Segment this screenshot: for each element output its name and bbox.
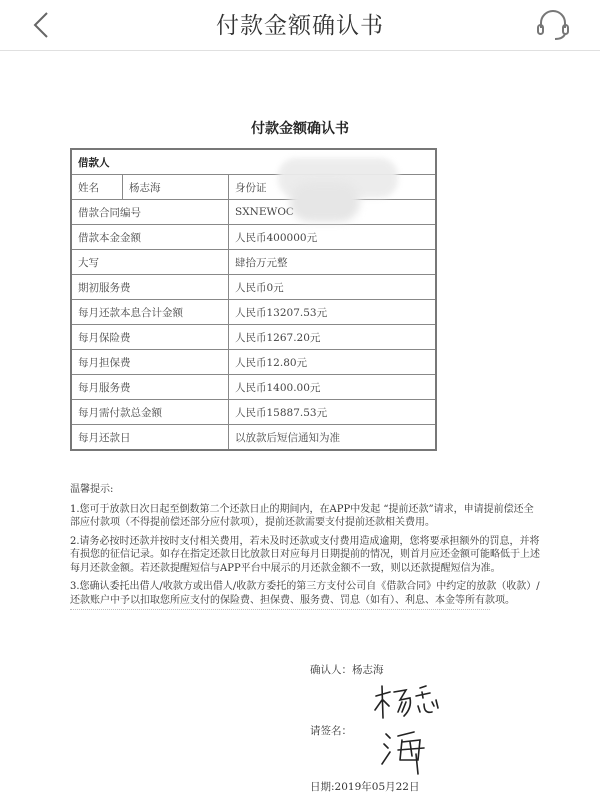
row-value: 人民币13207.53元 — [229, 300, 437, 325]
divider — [70, 609, 490, 610]
table-row: 每月服务费人民币1400.00元 — [71, 375, 436, 400]
tips-section: 温馨提示: 1.您可于放款日次日起至倒数第二个还款日止的期间内，在APP中发起 … — [70, 483, 540, 610]
table-row: 借款合同编号SXNEWOC — [71, 200, 436, 225]
row-label: 每月服务费 — [71, 375, 229, 400]
handwritten-signature — [372, 682, 452, 777]
headset-icon[interactable] — [535, 8, 571, 42]
tip-item: 1.您可于放款日次日起至倒数第二个还款日止的期间内，在APP中发起 “提前还款”… — [70, 503, 540, 530]
row-label: 每月需付款总金额 — [71, 400, 229, 425]
row-label: 期初服务费 — [71, 275, 229, 300]
row-label: 大写 — [71, 250, 229, 275]
row-value: 人民币400000元 — [229, 225, 437, 250]
top-navigation-bar: 付款金额确认书 — [0, 0, 600, 51]
row-value: 人民币0元 — [229, 275, 437, 300]
row-value: 人民币15887.53元 — [229, 400, 437, 425]
row-label: 每月担保费 — [71, 350, 229, 375]
table-row: 每月还款日以放款后短信通知为准 — [71, 425, 436, 451]
table-row: 每月需付款总金额人民币15887.53元 — [71, 400, 436, 425]
confirmer-label: 确认人：杨志海 — [310, 662, 384, 677]
row-value: 肆拾万元整 — [229, 250, 437, 275]
redaction-blur — [290, 182, 360, 222]
tip-item: 3.您确认委托出借人/收款方或出借人/收款方委托的第三方支付公司自《借款合同》中… — [70, 580, 540, 607]
date-label: 日期:2019年05月22日 — [310, 779, 419, 794]
row-label: 每月还款本息合计金额 — [71, 300, 229, 325]
row-value: 以放款后短信通知为准 — [229, 425, 437, 451]
row-value: 人民币1267.20元 — [229, 325, 437, 350]
table-row: 大写肆拾万元整 — [71, 250, 436, 275]
table-row: 每月担保费人民币12.80元 — [71, 350, 436, 375]
row-label: 借款本金金额 — [71, 225, 229, 250]
table-row: 借款本金金额人民币400000元 — [71, 225, 436, 250]
row-value: 人民币12.80元 — [229, 350, 437, 375]
tip-item: 2.请务必按时还款并按时支付相关费用，若未及时还款或支付费用造成逾期，您将要承担… — [70, 535, 540, 576]
row-label: 每月还款日 — [71, 425, 229, 451]
page-title: 付款金额确认书 — [0, 7, 600, 40]
row-value: 人民币1400.00元 — [229, 375, 437, 400]
name-label: 姓名 — [71, 175, 123, 200]
name-value: 杨志海 — [123, 175, 229, 200]
document-title: 付款金额确认书 — [0, 118, 600, 138]
tips-heading: 温馨提示: — [70, 483, 540, 497]
table-row: 每月保险费人民币1267.20元 — [71, 325, 436, 350]
sign-label: 请签名： — [310, 723, 352, 738]
table-row: 期初服务费人民币0元 — [71, 275, 436, 300]
row-label: 每月保险费 — [71, 325, 229, 350]
row-label: 借款合同编号 — [71, 200, 229, 225]
table-row: 每月还款本息合计金额人民币13207.53元 — [71, 300, 436, 325]
